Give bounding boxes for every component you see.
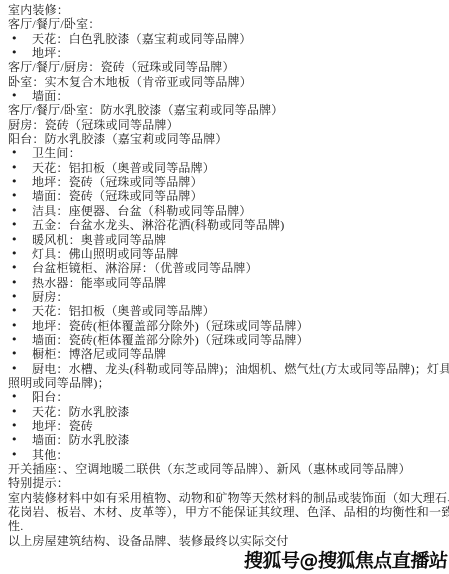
bullet-line: •天花：铝扣板（奥普或同等品牌） xyxy=(8,304,443,318)
line-text: 墙面：瓷砖（冠珠或同等品牌） xyxy=(32,189,203,203)
bullet-line: •洁具：座便器、台盆（科勒或同等品牌） xyxy=(8,204,443,218)
bullet-line: •墙面：防水乳胶漆 xyxy=(8,433,443,447)
bullet-line: •墙面： xyxy=(8,89,443,103)
bullet-icon: • xyxy=(11,161,18,175)
document-page: 室内装修：客厅/餐厅/卧室：•天花：白色乳胶漆（嘉宝莉或同等品牌）•地坪：客厅/… xyxy=(0,0,449,574)
bullet-icon: • xyxy=(11,261,18,275)
line-text: 照明或同等品牌)； xyxy=(8,376,110,390)
text-line: 客厅/餐厅/卧室： xyxy=(8,17,443,31)
bullet-line: •其他： xyxy=(8,448,443,462)
line-text: 室内装修材料中如有采用植物、动物和矿物等天然材料的制品或装饰面（如大理石、 xyxy=(8,491,449,505)
line-text: 台盆柜镜柜、淋浴屏：（优普或同等品牌） xyxy=(32,261,258,275)
bullet-icon: • xyxy=(11,146,18,160)
document-body: 室内装修：客厅/餐厅/卧室：•天花：白色乳胶漆（嘉宝莉或同等品牌）•地坪：客厅/… xyxy=(8,3,443,548)
text-line: 室内装修材料中如有采用植物、动物和矿物等天然材料的制品或装饰面（如大理石、 xyxy=(8,491,443,505)
line-text: 墙面：防水乳胶漆 xyxy=(32,433,130,447)
line-text: 地坪：瓷砖（冠珠或同等品牌） xyxy=(32,175,203,189)
bullet-icon: • xyxy=(11,218,18,232)
text-line: 卧室：实木复合木地板（肯帝亚或同等品牌） xyxy=(8,75,443,89)
bullet-line: •橱柜：博洛尼或同等品牌 xyxy=(8,347,443,361)
text-line: 花岗岩、板岩、木材、皮革等），甲方不能保证其纹理、色泽、品相的均衡性和一致 xyxy=(8,505,443,519)
line-text: 厨电：水槽、龙头(科勒或同等品牌)；油烟机、燃气灶(方太或同等品牌)；灯具(佛山 xyxy=(32,362,449,376)
bullet-icon: • xyxy=(11,333,18,347)
bullet-line: •厨房： xyxy=(8,290,443,304)
bullet-icon: • xyxy=(11,32,18,46)
line-text: 天花：铝扣板（奥普或同等品牌） xyxy=(32,161,215,175)
line-text: 墙面： xyxy=(32,89,69,103)
bullet-icon: • xyxy=(11,89,18,103)
line-text: 暖风机：奥普或同等品牌 xyxy=(32,233,166,247)
text-line: 客厅/餐厅/卧室：防水乳胶漆（嘉宝莉或同等品牌） xyxy=(8,103,443,117)
text-line: 厨房：瓷砖（冠珠或同等品牌） xyxy=(8,118,443,132)
bullet-line: •地坪：瓷砖(柜体覆盖部分除外)（冠珠或同等品牌） xyxy=(8,319,443,333)
text-line: 客厅/餐厅/厨房：瓷砖（冠珠或同等品牌） xyxy=(8,60,443,74)
bullet-icon: • xyxy=(11,247,18,261)
line-text: 客厅/餐厅/卧室： xyxy=(8,17,100,31)
bullet-icon: • xyxy=(11,419,18,433)
bullet-line: •墙面：瓷砖(柜体覆盖部分除外)（冠珠或同等品牌） xyxy=(8,333,443,347)
bullet-icon: • xyxy=(11,46,18,60)
text-line: 室内装修： xyxy=(8,3,443,17)
bullet-icon: • xyxy=(11,433,18,447)
bullet-line: •地坪： xyxy=(8,46,443,60)
bullet-icon: • xyxy=(11,319,18,333)
line-text: 厨房： xyxy=(32,290,69,304)
bullet-icon: • xyxy=(11,189,18,203)
line-text: 天花：铝扣板（奥普或同等品牌） xyxy=(32,304,215,318)
bullet-icon: • xyxy=(11,390,18,404)
bullet-icon: • xyxy=(11,304,18,318)
line-text: 地坪：瓷砖 xyxy=(32,419,93,433)
bullet-line: •暖风机：奥普或同等品牌 xyxy=(8,233,443,247)
line-text: 卫生间： xyxy=(32,146,81,160)
line-text: 阳台：防水乳胶漆（嘉宝莉或同等品牌） xyxy=(8,132,228,146)
bullet-line: •厨电：水槽、龙头(科勒或同等品牌)；油烟机、燃气灶(方太或同等品牌)；灯具(佛… xyxy=(8,362,443,376)
line-text: 墙面：瓷砖(柜体覆盖部分除外)（冠珠或同等品牌） xyxy=(32,333,309,347)
text-line: 特别提示： xyxy=(8,476,443,490)
bullet-icon: • xyxy=(11,448,18,462)
bullet-icon: • xyxy=(11,405,18,419)
bullet-line: •天花：铝扣板（奥普或同等品牌） xyxy=(8,161,443,175)
line-text: 天花：防水乳胶漆 xyxy=(32,405,130,419)
text-line: 照明或同等品牌)； xyxy=(8,376,443,390)
line-text: 橱柜：博洛尼或同等品牌 xyxy=(32,347,166,361)
bullet-line: •天花：防水乳胶漆 xyxy=(8,405,443,419)
bullet-icon: • xyxy=(11,175,18,189)
bullet-line: •阳台： xyxy=(8,390,443,404)
bullet-icon: • xyxy=(11,290,18,304)
bullet-line: •地坪：瓷砖 xyxy=(8,419,443,433)
line-text: 热水器：能率或同等品牌 xyxy=(32,276,166,290)
bullet-line: •台盆柜镜柜、淋浴屏：（优普或同等品牌） xyxy=(8,261,443,275)
bullet-line: •灯具：佛山照明或同等品牌 xyxy=(8,247,443,261)
bullet-line: •卫生间： xyxy=(8,146,443,160)
bullet-line: •天花：白色乳胶漆（嘉宝莉或同等品牌） xyxy=(8,32,443,46)
line-text: 天花：白色乳胶漆（嘉宝莉或同等品牌） xyxy=(32,32,252,46)
line-text: 室内装修： xyxy=(8,3,69,17)
bullet-line: •热水器：能率或同等品牌 xyxy=(8,276,443,290)
line-text: 客厅/餐厅/卧室：防水乳胶漆（嘉宝莉或同等品牌） xyxy=(8,103,283,117)
bullet-line: •地坪：瓷砖（冠珠或同等品牌） xyxy=(8,175,443,189)
line-text: 开关插座：、空调地暖二联供（东芝或同等品牌）、新风（惠林或同等品牌） xyxy=(8,462,411,476)
line-text: 特别提示： xyxy=(8,476,69,490)
line-text: 卧室：实木复合木地板（肯帝亚或同等品牌） xyxy=(8,75,252,89)
line-text: 其他： xyxy=(32,448,69,462)
line-text: 性. xyxy=(8,519,23,533)
line-text: 五金：台盆水龙头、淋浴花洒(科勒或同等品牌) xyxy=(32,218,284,232)
line-text: 阳台： xyxy=(32,390,69,404)
text-line: 性. xyxy=(8,519,443,533)
line-text: 洁具：座便器、台盆（科勒或同等品牌） xyxy=(32,204,252,218)
sohu-watermark: 搜狐号@搜狐焦点直播站 xyxy=(244,546,449,573)
line-text: 花岗岩、板岩、木材、皮革等），甲方不能保证其纹理、色泽、品相的均衡性和一致 xyxy=(8,505,449,519)
line-text: 厨房：瓷砖（冠珠或同等品牌） xyxy=(8,118,179,132)
text-line: 阳台：防水乳胶漆（嘉宝莉或同等品牌） xyxy=(8,132,443,146)
line-text: 地坪： xyxy=(32,46,69,60)
bullet-icon: • xyxy=(11,347,18,361)
line-text: 灯具：佛山照明或同等品牌 xyxy=(32,247,178,261)
line-text: 客厅/餐厅/厨房：瓷砖（冠珠或同等品牌） xyxy=(8,60,235,74)
bullet-icon: • xyxy=(11,233,18,247)
bullet-icon: • xyxy=(11,362,18,376)
line-text: 地坪：瓷砖(柜体覆盖部分除外)（冠珠或同等品牌） xyxy=(32,319,309,333)
bullet-icon: • xyxy=(11,204,18,218)
bullet-line: •五金：台盆水龙头、淋浴花洒(科勒或同等品牌) xyxy=(8,218,443,232)
bullet-icon: • xyxy=(11,276,18,290)
text-line: 开关插座：、空调地暖二联供（东芝或同等品牌）、新风（惠林或同等品牌） xyxy=(8,462,443,476)
bullet-line: •墙面：瓷砖（冠珠或同等品牌） xyxy=(8,189,443,203)
